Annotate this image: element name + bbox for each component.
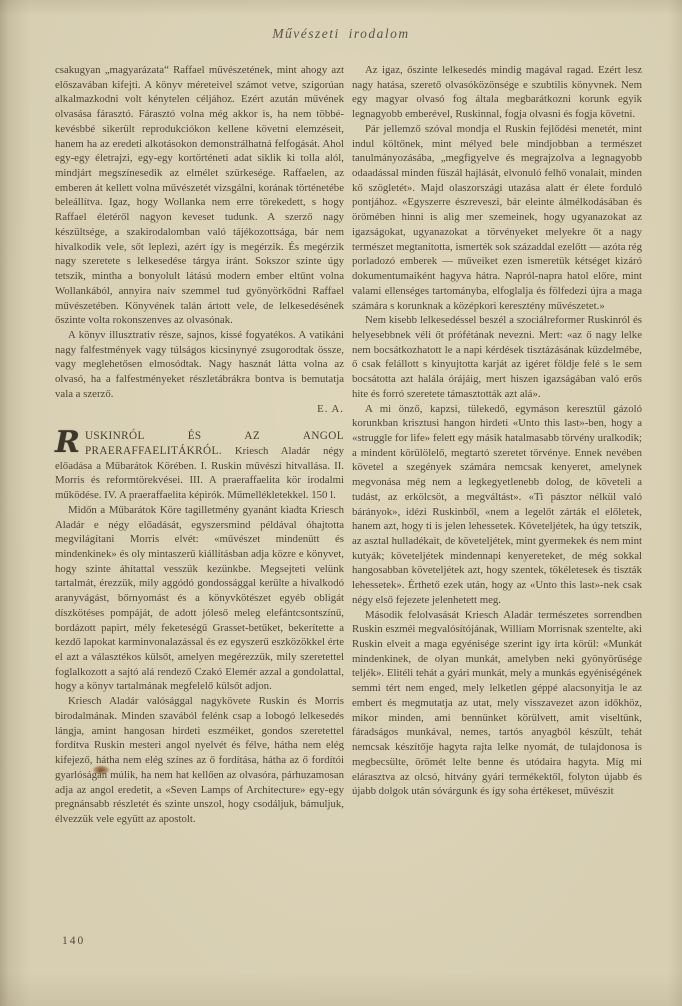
paragraph: Pár jellemző szóval mondja el Ruskin fej… — [352, 122, 642, 313]
scanned-book-page: Művészeti irodalom csakugyan „magyarázat… — [0, 0, 682, 1006]
foxing-spot — [337, 300, 343, 305]
drop-cap-initial: R — [55, 430, 80, 455]
left-column: csakugyan „magyarázata“ Raffael művészet… — [55, 63, 344, 827]
paragraph: Kriesch Aladár valósággal nagykövete Rus… — [55, 694, 344, 826]
paragraph: A könyv illusztrativ része, sajnos, kiss… — [55, 328, 344, 402]
section-heading-block: RUSKINRÓL ÉS AZ ANGOL PRAERAFFAELITÁKRÓL… — [55, 429, 344, 503]
running-head: Művészeti irodalom — [0, 26, 682, 42]
paragraph: Második felolvasását Kriesch Aladár term… — [352, 608, 642, 799]
paragraph: A mi önző, kapzsi, tülekedő, egymáson ke… — [352, 402, 642, 608]
ink-stain — [92, 765, 110, 775]
paragraph: Nem kisebb lelkesedéssel beszél a szociá… — [352, 313, 642, 401]
author-initials: E. A. — [55, 402, 344, 417]
paragraph: Midőn a Műbarátok Köre tagilletmény gyan… — [55, 503, 344, 694]
paragraph: csakugyan „magyarázata“ Raffael művészet… — [55, 63, 344, 328]
page-number: 140 — [62, 935, 85, 947]
right-column: Az igaz, őszinte lelkesedés mindig magáv… — [352, 63, 642, 799]
paragraph: Az igaz, őszinte lelkesedés mindig magáv… — [352, 63, 642, 122]
